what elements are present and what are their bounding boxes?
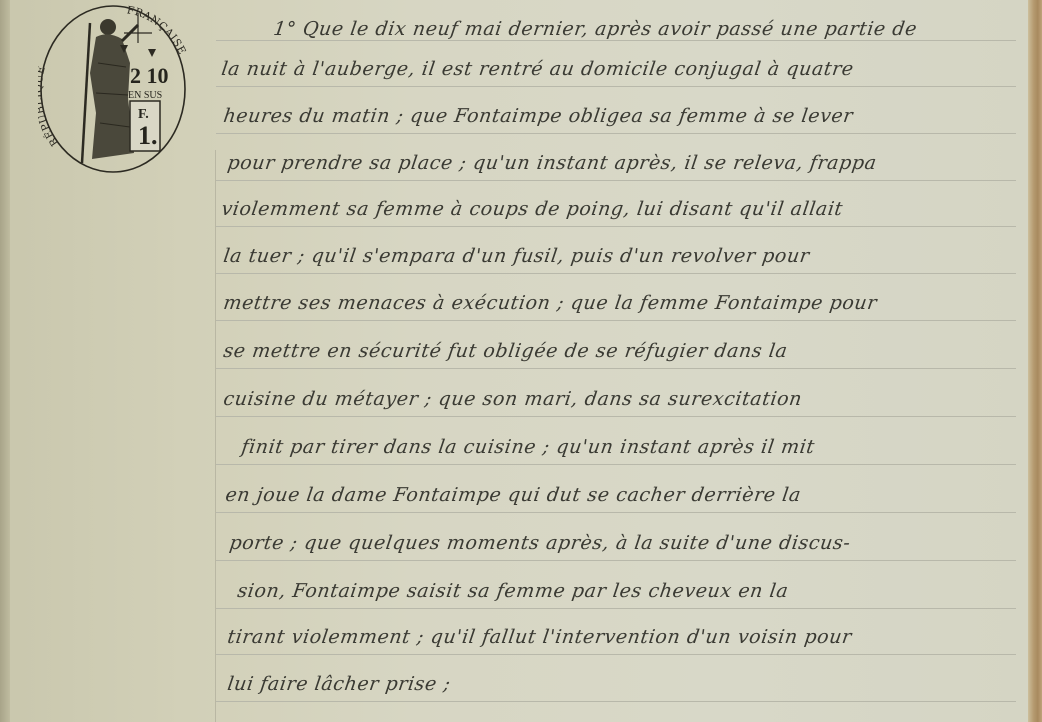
ruled-line — [216, 512, 1016, 513]
ruled-line — [216, 560, 1016, 561]
ruled-line — [216, 464, 1016, 465]
text-line: lui faire lâcher prise ; — [226, 673, 452, 695]
document-page: RÉPUBLIQUE FRANÇAISE 2 10 EN SUS F. 1. 1… — [0, 0, 1030, 722]
text-line: finit par tirer dans la cuisine ; qu'un … — [240, 436, 816, 458]
text-line: la nuit à l'auberge, il est rentré au do… — [220, 58, 855, 80]
page-left-edge — [0, 0, 10, 722]
text-line: mettre ses menaces à exécution ; que la … — [222, 292, 879, 314]
book-binding-edge — [1028, 0, 1042, 722]
text-line: se mettre en sécurité fut obligée de se … — [222, 340, 789, 362]
stamp-en-sus: EN SUS — [128, 90, 162, 101]
ruled-line — [216, 701, 1016, 702]
ruled-line — [216, 368, 1016, 369]
svg-text:RÉPUBLIQUE: RÉPUBLIQUE — [38, 65, 61, 149]
ruled-line — [216, 180, 1016, 181]
stamp-tax-fraction: 2 10 — [130, 63, 169, 89]
text-line: la tuer ; qu'il s'empara d'un fusil, pui… — [222, 245, 811, 267]
text-line: heures du matin ; que Fontaimpe obligea … — [222, 105, 855, 127]
text-line: porte ; que quelques moments après, à la… — [228, 532, 852, 554]
text-line: tirant violemment ; qu'il fallut l'inter… — [226, 626, 853, 648]
marianne-justice-figure-icon: RÉPUBLIQUE FRANÇAISE — [38, 3, 188, 175]
ruled-line — [216, 416, 1016, 417]
ruled-line — [216, 40, 1016, 41]
ruled-line — [216, 226, 1016, 227]
text-line: sion, Fontaimpe saisit sa femme par les … — [236, 580, 790, 602]
ruled-line — [216, 320, 1016, 321]
svg-text:FRANÇAISE: FRANÇAISE — [126, 4, 188, 56]
ruled-line — [216, 86, 1016, 87]
text-line: cuisine du métayer ; que son mari, dans … — [222, 388, 804, 410]
fiscal-stamp: RÉPUBLIQUE FRANÇAISE 2 10 EN SUS F. 1. — [38, 3, 188, 175]
text-line: en joue la dame Fontaimpe qui dut se cac… — [224, 484, 803, 506]
ruled-line — [216, 273, 1016, 274]
ruled-line — [216, 608, 1016, 609]
stamp-amount: 1. — [138, 121, 158, 151]
text-line: pour prendre sa place ; qu'un instant ap… — [226, 152, 878, 174]
text-line: violemment sa femme à coups de poing, lu… — [220, 198, 844, 220]
margin-line — [215, 150, 216, 722]
ruled-line — [216, 133, 1016, 134]
text-line: 1° Que le dix neuf mai dernier, après av… — [272, 18, 919, 40]
ruled-line — [216, 654, 1016, 655]
